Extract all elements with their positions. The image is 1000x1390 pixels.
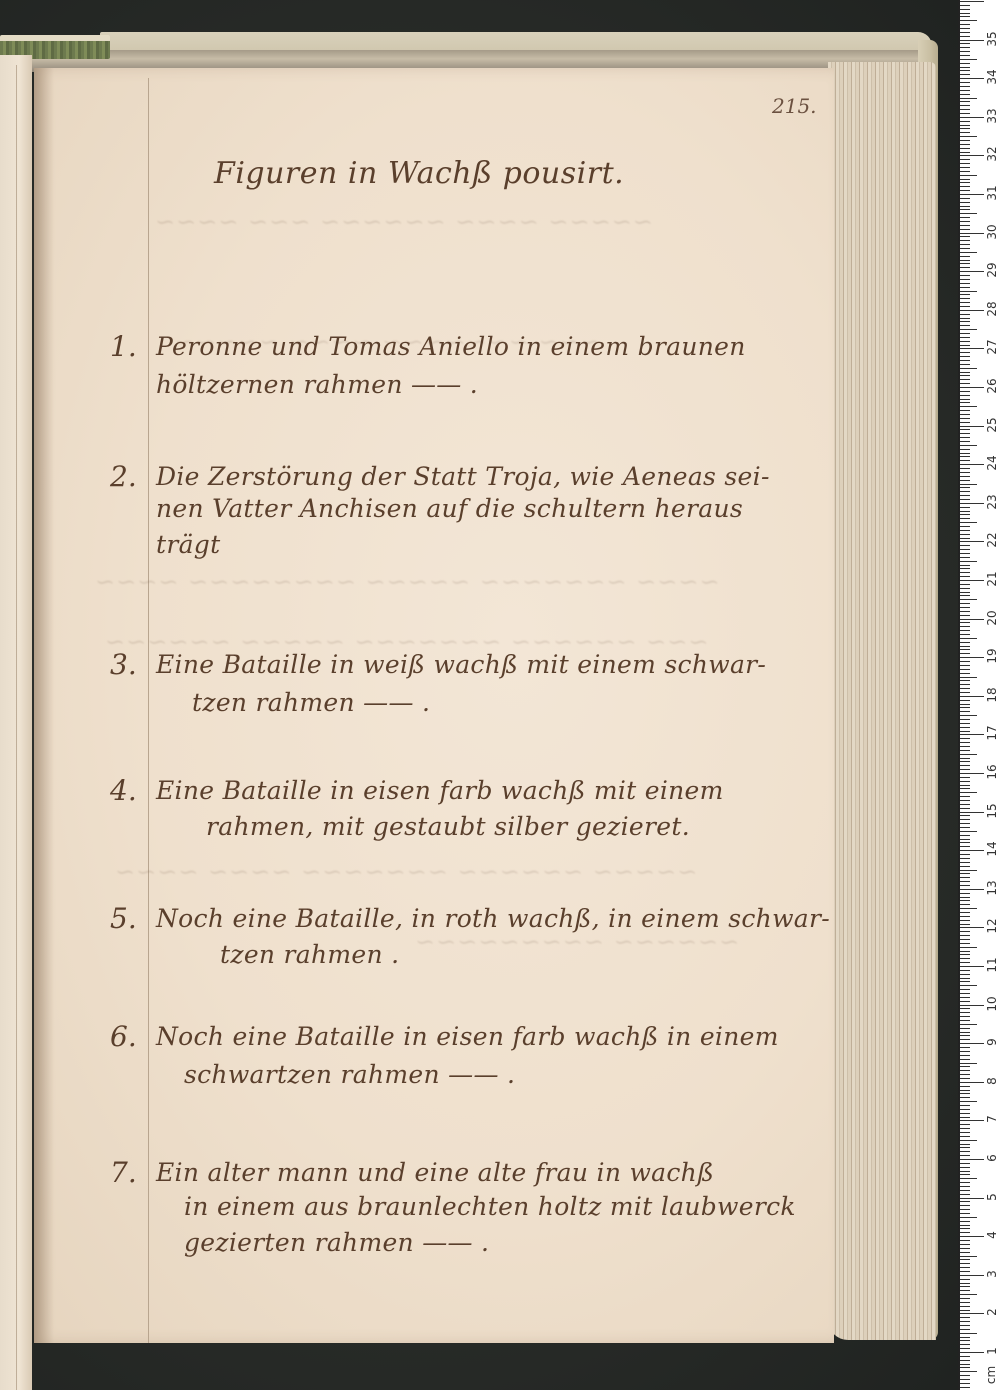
ruler-tick [960, 1213, 970, 1214]
ruler-tick [960, 831, 977, 832]
ruler-tick [960, 788, 970, 789]
ruler-label: 34 [985, 67, 999, 87]
ruler-tick [960, 78, 984, 79]
ruler-tick [960, 1313, 984, 1314]
ruler-tick [960, 1063, 977, 1064]
ruler-label: 14 [985, 839, 999, 859]
entry-line: tzen rahmen —— . [192, 688, 430, 717]
ruler-tick [960, 981, 970, 982]
ruler-tick [960, 696, 984, 697]
ruler-tick [960, 1329, 970, 1330]
ruler-tick [960, 568, 970, 569]
ruler-tick [960, 314, 970, 315]
ruler-tick [960, 951, 970, 952]
ruler-tick [960, 1340, 970, 1341]
ruler-tick [960, 927, 984, 928]
ruler-tick [960, 1263, 970, 1264]
ruler-tick [960, 1163, 970, 1164]
ruler-tick [960, 993, 970, 994]
ruler-tick [960, 55, 970, 56]
ruler-tick [960, 904, 970, 905]
ruler-tick [960, 518, 970, 519]
ruler-tick [960, 117, 984, 118]
ruler-tick [960, 700, 970, 701]
ruler-tick [960, 511, 970, 512]
ruler-tick [960, 870, 977, 871]
ruler-tick [960, 665, 970, 666]
ruler-tick [960, 1043, 984, 1044]
ruler-tick [960, 171, 970, 172]
margin-line [148, 78, 149, 1343]
ruler-tick [960, 325, 970, 326]
ruler-tick [960, 707, 970, 708]
ruler-tick [960, 1109, 970, 1110]
bleed-through: ~~~~ ~~~~~~~ ~~~~~ ~~~~~~~~ ~~~~ [94, 568, 720, 596]
ruler-tick [960, 862, 970, 863]
ruler-tick [960, 1310, 970, 1311]
ruler-tick [960, 190, 970, 191]
ruler-tick [960, 453, 970, 454]
bleed-through: ~~~~~ ~~~~ ~~~~~~ ~~~ ~~~~ [154, 208, 653, 236]
ruler-label: 24 [985, 453, 999, 473]
ruler-tick [960, 9, 970, 10]
ruler-tick [960, 1375, 970, 1376]
manuscript-page: ~~~~~ ~~~~ ~~~~~~ ~~~ ~~~~ ~~~ ~~~~~~~ ~… [34, 68, 834, 1343]
ruler-tick [960, 854, 970, 855]
ruler-tick [960, 561, 977, 562]
ruler-label: 12 [985, 916, 999, 936]
ruler-tick [960, 283, 970, 284]
ruler-tick [960, 1132, 970, 1133]
ruler-tick [960, 51, 970, 52]
ruler-tick [960, 889, 984, 890]
ruler-tick [960, 202, 970, 203]
ruler-label: 17 [985, 723, 999, 743]
ruler-tick [960, 487, 970, 488]
ruler-tick [960, 152, 970, 153]
bleed-through: ~~~~~ ~~~~~~ ~~~~~~~ ~~~~ ~~~~ [114, 858, 697, 886]
ruler-tick [960, 1186, 970, 1187]
ruler-tick [960, 800, 970, 801]
ruler-tick [960, 812, 984, 813]
ruler-tick [960, 140, 970, 141]
ruler-tick [960, 476, 970, 477]
ruler-tick [960, 1364, 970, 1365]
ruler-tick [960, 804, 970, 805]
ruler-tick [960, 541, 984, 542]
ruler-tick [960, 897, 970, 898]
ruler-tick [960, 1298, 970, 1299]
ruler-tick [960, 456, 970, 457]
ruler-tick [960, 121, 970, 122]
ruler-tick [960, 86, 970, 87]
ruler-tick [960, 1383, 970, 1384]
ruler-label: 18 [985, 685, 999, 705]
ruler-tick [960, 426, 984, 427]
ruler-tick [960, 947, 977, 948]
ruler-tick [960, 572, 970, 573]
ruler-tick [960, 1228, 970, 1229]
ruler-tick [960, 1244, 970, 1245]
ruler-tick [960, 827, 970, 828]
ruler-label: 15 [985, 801, 999, 821]
ruler-tick [960, 20, 977, 21]
ruler-tick [960, 372, 970, 373]
ruler-tick [960, 298, 970, 299]
ruler-tick [960, 256, 970, 257]
ruler-tick [960, 754, 977, 755]
ruler-tick [960, 534, 970, 535]
ruler-tick [960, 82, 970, 83]
ruler-tick [960, 1082, 984, 1083]
ruler-label: 30 [985, 222, 999, 242]
ruler-tick [960, 167, 970, 168]
ruler-tick [960, 1151, 970, 1152]
ruler-tick [960, 387, 984, 388]
ruler-label: 31 [985, 183, 999, 203]
ruler-tick [960, 684, 970, 685]
ruler-tick [960, 260, 970, 261]
ruler-tick [960, 939, 970, 940]
ruler-tick [960, 5, 970, 6]
ruler-tick [960, 1256, 977, 1257]
ruler-tick [960, 1232, 970, 1233]
ruler-tick [960, 1005, 984, 1006]
ruler-tick [960, 279, 970, 280]
page-title: Figuren in Wachß pousirt. [214, 156, 624, 191]
ruler-tick [960, 599, 977, 600]
ruler-tick [960, 441, 970, 442]
ruler-tick [960, 916, 970, 917]
ruler-tick [960, 514, 970, 515]
ruler-tick [960, 908, 977, 909]
ruler-tick [960, 653, 970, 654]
ruler-tick [960, 746, 970, 747]
ruler-tick [960, 549, 970, 550]
ruler-tick [960, 94, 970, 95]
ruler-label: 20 [985, 608, 999, 628]
ruler-label: 10 [985, 994, 999, 1014]
ruler-tick [960, 1360, 970, 1361]
ruler-tick [960, 194, 984, 195]
ruler-tick [960, 842, 970, 843]
ruler-tick [960, 480, 970, 481]
ruler-tick [960, 449, 970, 450]
ruler-tick [960, 704, 970, 705]
entry-number: 4. [110, 774, 137, 807]
ruler-tick [960, 1012, 970, 1013]
ruler-tick [960, 1016, 970, 1017]
ruler-tick [960, 1286, 970, 1287]
ruler-tick [960, 924, 970, 925]
ruler-tick [960, 1167, 970, 1168]
ruler-tick [960, 607, 970, 608]
ruler-tick [960, 642, 970, 643]
ruler-tick [960, 777, 970, 778]
entry-line: höltzernen rahmen —— . [156, 370, 478, 399]
ruler-tick [960, 175, 977, 176]
ruler-tick [960, 638, 977, 639]
ruler-tick [960, 329, 977, 330]
ruler-tick [960, 468, 970, 469]
ruler-tick [960, 356, 970, 357]
ruler-tick [960, 669, 970, 670]
ruler-tick [960, 677, 977, 678]
ruler-tick [960, 630, 970, 631]
ruler-tick [960, 819, 970, 820]
ruler-tick [960, 379, 970, 380]
ruler-tick [960, 360, 970, 361]
ruler-tick [960, 603, 970, 604]
ruler-tick [960, 611, 970, 612]
ruler-tick [960, 723, 970, 724]
ruler-tick [960, 1035, 970, 1036]
entry-line: gezierten rahmen —— . [184, 1228, 489, 1257]
ruler-tick [960, 136, 977, 137]
ruler-tick [960, 935, 970, 936]
ruler-tick [960, 1348, 970, 1349]
ruler-tick [960, 588, 970, 589]
entry-number: 6. [110, 1020, 137, 1053]
ruler-tick [960, 1147, 970, 1148]
ruler-tick [960, 318, 970, 319]
ruler-tick [960, 622, 970, 623]
ruler-tick [960, 484, 977, 485]
ruler-tick [960, 113, 970, 114]
ruler-tick [960, 966, 984, 967]
entry-number: 3. [110, 648, 137, 681]
ruler-tick [960, 229, 970, 230]
ruler-unit-label: cm [984, 1366, 998, 1384]
ruler-tick [960, 16, 970, 17]
ruler-tick [960, 1259, 970, 1260]
ruler-tick [960, 761, 970, 762]
ruler-tick [960, 1190, 970, 1191]
ruler-tick [960, 1, 984, 2]
ruler-tick [960, 464, 984, 465]
ruler-label: 8 [985, 1071, 999, 1091]
ruler-tick [960, 1028, 970, 1029]
ruler-tick [960, 742, 970, 743]
ruler-tick [960, 1337, 970, 1338]
ruler-tick [960, 399, 970, 400]
ruler-label: 26 [985, 376, 999, 396]
ruler-tick [960, 445, 977, 446]
ruler-label: 11 [985, 955, 999, 975]
ruler-tick [960, 1093, 970, 1094]
ruler-tick [960, 32, 970, 33]
entry-number: 2. [110, 460, 137, 493]
ruler-tick [960, 1221, 970, 1222]
ruler-tick [960, 565, 970, 566]
ruler-tick [960, 553, 970, 554]
ruler-tick [960, 719, 970, 720]
ruler-tick [960, 1140, 977, 1141]
ruler-tick [960, 1352, 984, 1353]
ruler-tick [960, 1240, 970, 1241]
ruler-tick [960, 109, 970, 110]
ruler-tick [960, 646, 970, 647]
entry-number: 1. [110, 330, 137, 363]
ruler-tick [960, 233, 984, 234]
ruler-tick [960, 1236, 984, 1237]
entry-line: in einem aus braunlechten holtz mit laub… [184, 1192, 796, 1221]
ruler-tick [960, 383, 970, 384]
ruler-tick [960, 1078, 970, 1079]
ruler-tick [960, 1086, 970, 1087]
ruler-tick [960, 1248, 970, 1249]
ruler-tick [960, 209, 970, 210]
ruler-tick [960, 414, 970, 415]
ruler-tick [960, 1008, 970, 1009]
ruler-tick [960, 429, 970, 430]
ruler-tick [960, 1290, 970, 1291]
ruler-tick [960, 1275, 984, 1276]
ruler-tick [960, 182, 970, 183]
ruler-tick [960, 657, 984, 658]
left-page-margin-rule [16, 65, 17, 1390]
ruler-tick [960, 47, 970, 48]
ruler-tick [960, 364, 970, 365]
ruler-tick [960, 815, 970, 816]
ruler-tick [960, 989, 970, 990]
ruler-tick [960, 731, 970, 732]
ruler-tick [960, 978, 970, 979]
gutter-shadow [34, 68, 54, 1343]
ruler-tick [960, 1387, 970, 1388]
ruler-tick [960, 59, 977, 60]
ruler-tick [960, 557, 970, 558]
ruler-tick [960, 248, 970, 249]
ruler-tick [960, 954, 970, 955]
ruler-tick [960, 931, 970, 932]
ruler-tick [960, 302, 970, 303]
ruler-tick [960, 1155, 970, 1156]
entry-line: Ein alter mann und eine alte frau in wac… [156, 1158, 714, 1187]
ruler-tick [960, 128, 970, 129]
ruler-tick [960, 179, 970, 180]
ruler-tick [960, 1198, 984, 1199]
ruler-tick [960, 974, 970, 975]
ruler-tick [960, 970, 970, 971]
ruler-tick [960, 348, 984, 349]
ruler-tick [960, 873, 970, 874]
ruler-tick [960, 808, 970, 809]
ruler-label: 13 [985, 878, 999, 898]
ruler-tick [960, 738, 970, 739]
ruler-label: 25 [985, 415, 999, 435]
entry-number: 5. [110, 902, 137, 935]
ruler-tick [960, 595, 970, 596]
ruler-tick [960, 1371, 977, 1372]
ruler-tick [960, 877, 970, 878]
ruler-tick [960, 584, 970, 585]
ruler-tick [960, 287, 970, 288]
ruler-tick [960, 1074, 970, 1075]
ruler-tick [960, 375, 970, 376]
ruler-tick [960, 1333, 977, 1334]
ruler-tick [960, 144, 970, 145]
ruler-tick [960, 263, 970, 264]
entry-line: tzen rahmen . [220, 940, 399, 969]
ruler-tick [960, 530, 970, 531]
ruler-tick [960, 943, 970, 944]
ruler-tick [960, 163, 970, 164]
ruler-tick [960, 1171, 970, 1172]
ruler-tick [960, 217, 970, 218]
entry-line: Eine Bataille in weiß wachß mit einem sc… [156, 650, 766, 679]
ruler-tick [960, 90, 970, 91]
ruler-tick [960, 615, 970, 616]
ruler-label: 19 [985, 646, 999, 666]
ruler-tick [960, 858, 970, 859]
ruler-tick [960, 881, 970, 882]
ruler-tick [960, 1001, 970, 1002]
ruler-tick [960, 368, 977, 369]
ruler-tick [960, 592, 970, 593]
ruler-tick [960, 74, 970, 75]
ruler-tick [960, 1066, 970, 1067]
ruler-tick [960, 785, 970, 786]
ruler-tick [960, 1159, 984, 1160]
ruler-tick [960, 1194, 970, 1195]
ruler-tick [960, 321, 970, 322]
ruler-tick [960, 437, 970, 438]
ruler-tick [960, 734, 984, 735]
ruler-label: 33 [985, 106, 999, 126]
ruler-tick [960, 750, 970, 751]
ruler-tick [960, 495, 970, 496]
ruler-tick [960, 727, 970, 728]
ruler-tick [960, 1205, 970, 1206]
ruler-tick [960, 580, 984, 581]
ruler-label: 4 [985, 1225, 999, 1245]
ruler-tick [960, 28, 970, 29]
ruler-tick [960, 893, 970, 894]
ruler-tick [960, 846, 970, 847]
ruler-label: 9 [985, 1032, 999, 1052]
ruler-label: 22 [985, 530, 999, 550]
ruler-tick [960, 1317, 970, 1318]
ruler-tick [960, 221, 970, 222]
ruler-tick [960, 649, 970, 650]
ruler-tick [960, 626, 970, 627]
ruler-tick [960, 333, 970, 334]
ruler-tick [960, 1105, 970, 1106]
ruler-tick [960, 67, 970, 68]
ruler-tick [960, 341, 970, 342]
ruler-tick [960, 1267, 970, 1268]
measurement-ruler: cm 1234567891011121314151617181920212223… [958, 0, 1000, 1390]
ruler-tick [960, 885, 970, 886]
ruler-tick [960, 680, 970, 681]
ruler-tick [960, 1356, 970, 1357]
ruler-tick [960, 1201, 970, 1202]
ruler-tick [960, 198, 970, 199]
ruler-tick [960, 1321, 970, 1322]
page-block-fore-edge [828, 62, 936, 1340]
ruler-tick [960, 576, 970, 577]
ruler-tick [960, 132, 970, 133]
ruler-tick [960, 758, 970, 759]
ruler-tick [960, 1120, 984, 1121]
ruler-tick [960, 499, 970, 500]
ruler-tick [960, 1020, 970, 1021]
ruler-tick [960, 958, 970, 959]
ruler-tick [960, 267, 970, 268]
ruler-tick [960, 1252, 970, 1253]
ruler-tick [960, 345, 970, 346]
